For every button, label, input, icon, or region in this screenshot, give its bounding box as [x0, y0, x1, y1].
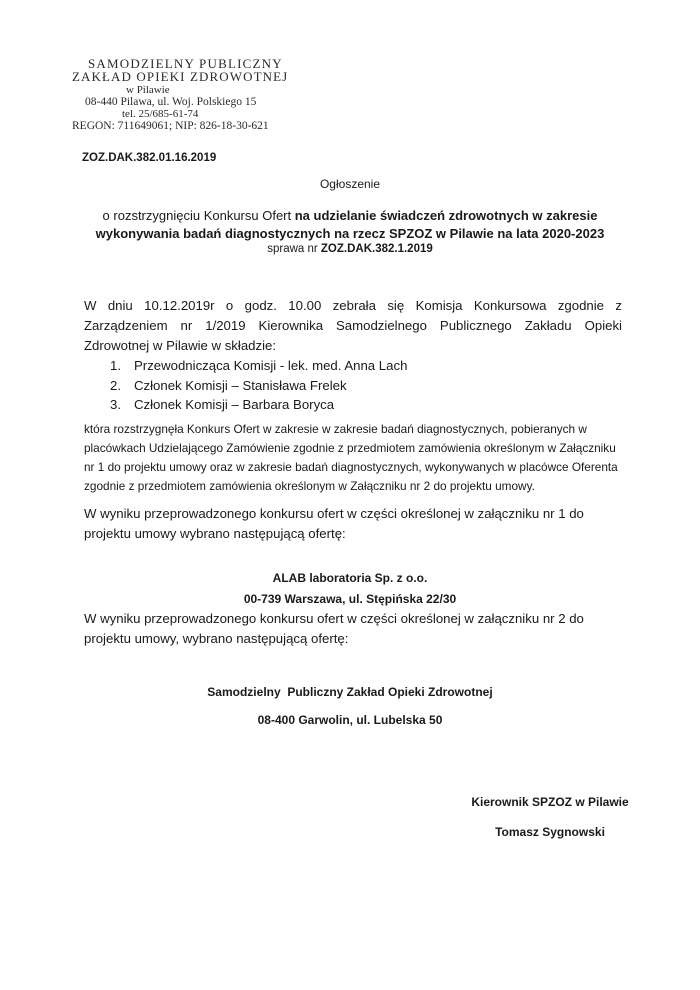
signature-name: Tomasz Sygnowski [440, 825, 660, 839]
document-title: Ogłoszenie [0, 177, 700, 191]
winner-1-address: 00-739 Warszawa, ul. Stępińska 22/30 [0, 589, 700, 610]
case-prefix: sprawa nr [267, 243, 321, 255]
committee-member: 3.Członek Komisji – Barbara Boryca [110, 395, 407, 415]
committee-member: 1.Przewodnicząca Komisji - lek. med. Ann… [110, 356, 407, 376]
winner-2-address: 08-400 Garwolin, ul. Lubelska 50 [0, 713, 700, 727]
winner-1-name: ALAB laboratoria Sp. z o.o. [0, 568, 700, 589]
stamp-line-3: w Pilawie [126, 84, 170, 96]
subtitle-line-1-rest: na udzielanie świadczeń zdrowotnych w za… [291, 208, 597, 223]
winner-1: ALAB laboratoria Sp. z o.o. 00-739 Warsz… [0, 568, 700, 610]
paragraph-meeting: W dniu 10.12.2019r o godz. 10.00 zebrała… [84, 296, 622, 356]
stamp-regon-nip: REGON: 711649061; NIP: 826-18-30-621 [72, 120, 269, 132]
stamp-address: 08-440 Pilawa, ul. Woj. Polskiego 15 [85, 96, 256, 108]
document-reference: ZOZ.DAK.382.01.16.2019 [82, 152, 216, 164]
document-subtitle: o rozstrzygnięciu Konkursu Ofert na udzi… [0, 207, 700, 243]
paragraph-result-1: W wyniku przeprowadzonego konkursu ofert… [84, 504, 629, 544]
stamp-phone: tel. 25/685-61-74 [122, 108, 198, 120]
subtitle-prefix: o rozstrzygnięciu Konkursu Ofert [103, 208, 292, 223]
committee-list: 1.Przewodnicząca Komisji - lek. med. Ann… [110, 356, 407, 415]
paragraph-result-2: W wyniku przeprowadzonego konkursu ofert… [84, 609, 629, 649]
subtitle-line-1: o rozstrzygnięciu Konkursu Ofert na udzi… [0, 207, 700, 225]
subtitle-line-2: wykonywania badań diagnostycznych na rze… [0, 225, 700, 243]
winner-2-name: Samodzielny Publiczny Zakład Opieki Zdro… [0, 685, 700, 699]
paragraph-scope: która rozstrzygnęła Konkurs Ofert w zakr… [84, 420, 629, 496]
committee-member: 2.Członek Komisji – Stanisława Frelek [110, 376, 407, 396]
case-number: ZOZ.DAK.382.1.2019 [321, 243, 433, 255]
case-number-line: sprawa nr ZOZ.DAK.382.1.2019 [0, 243, 700, 255]
stamp-line-2: ZAKŁAD OPIEKI ZDROWOTNEJ [72, 69, 288, 85]
signature-title: Kierownik SPZOZ w Pilawie [440, 795, 660, 809]
